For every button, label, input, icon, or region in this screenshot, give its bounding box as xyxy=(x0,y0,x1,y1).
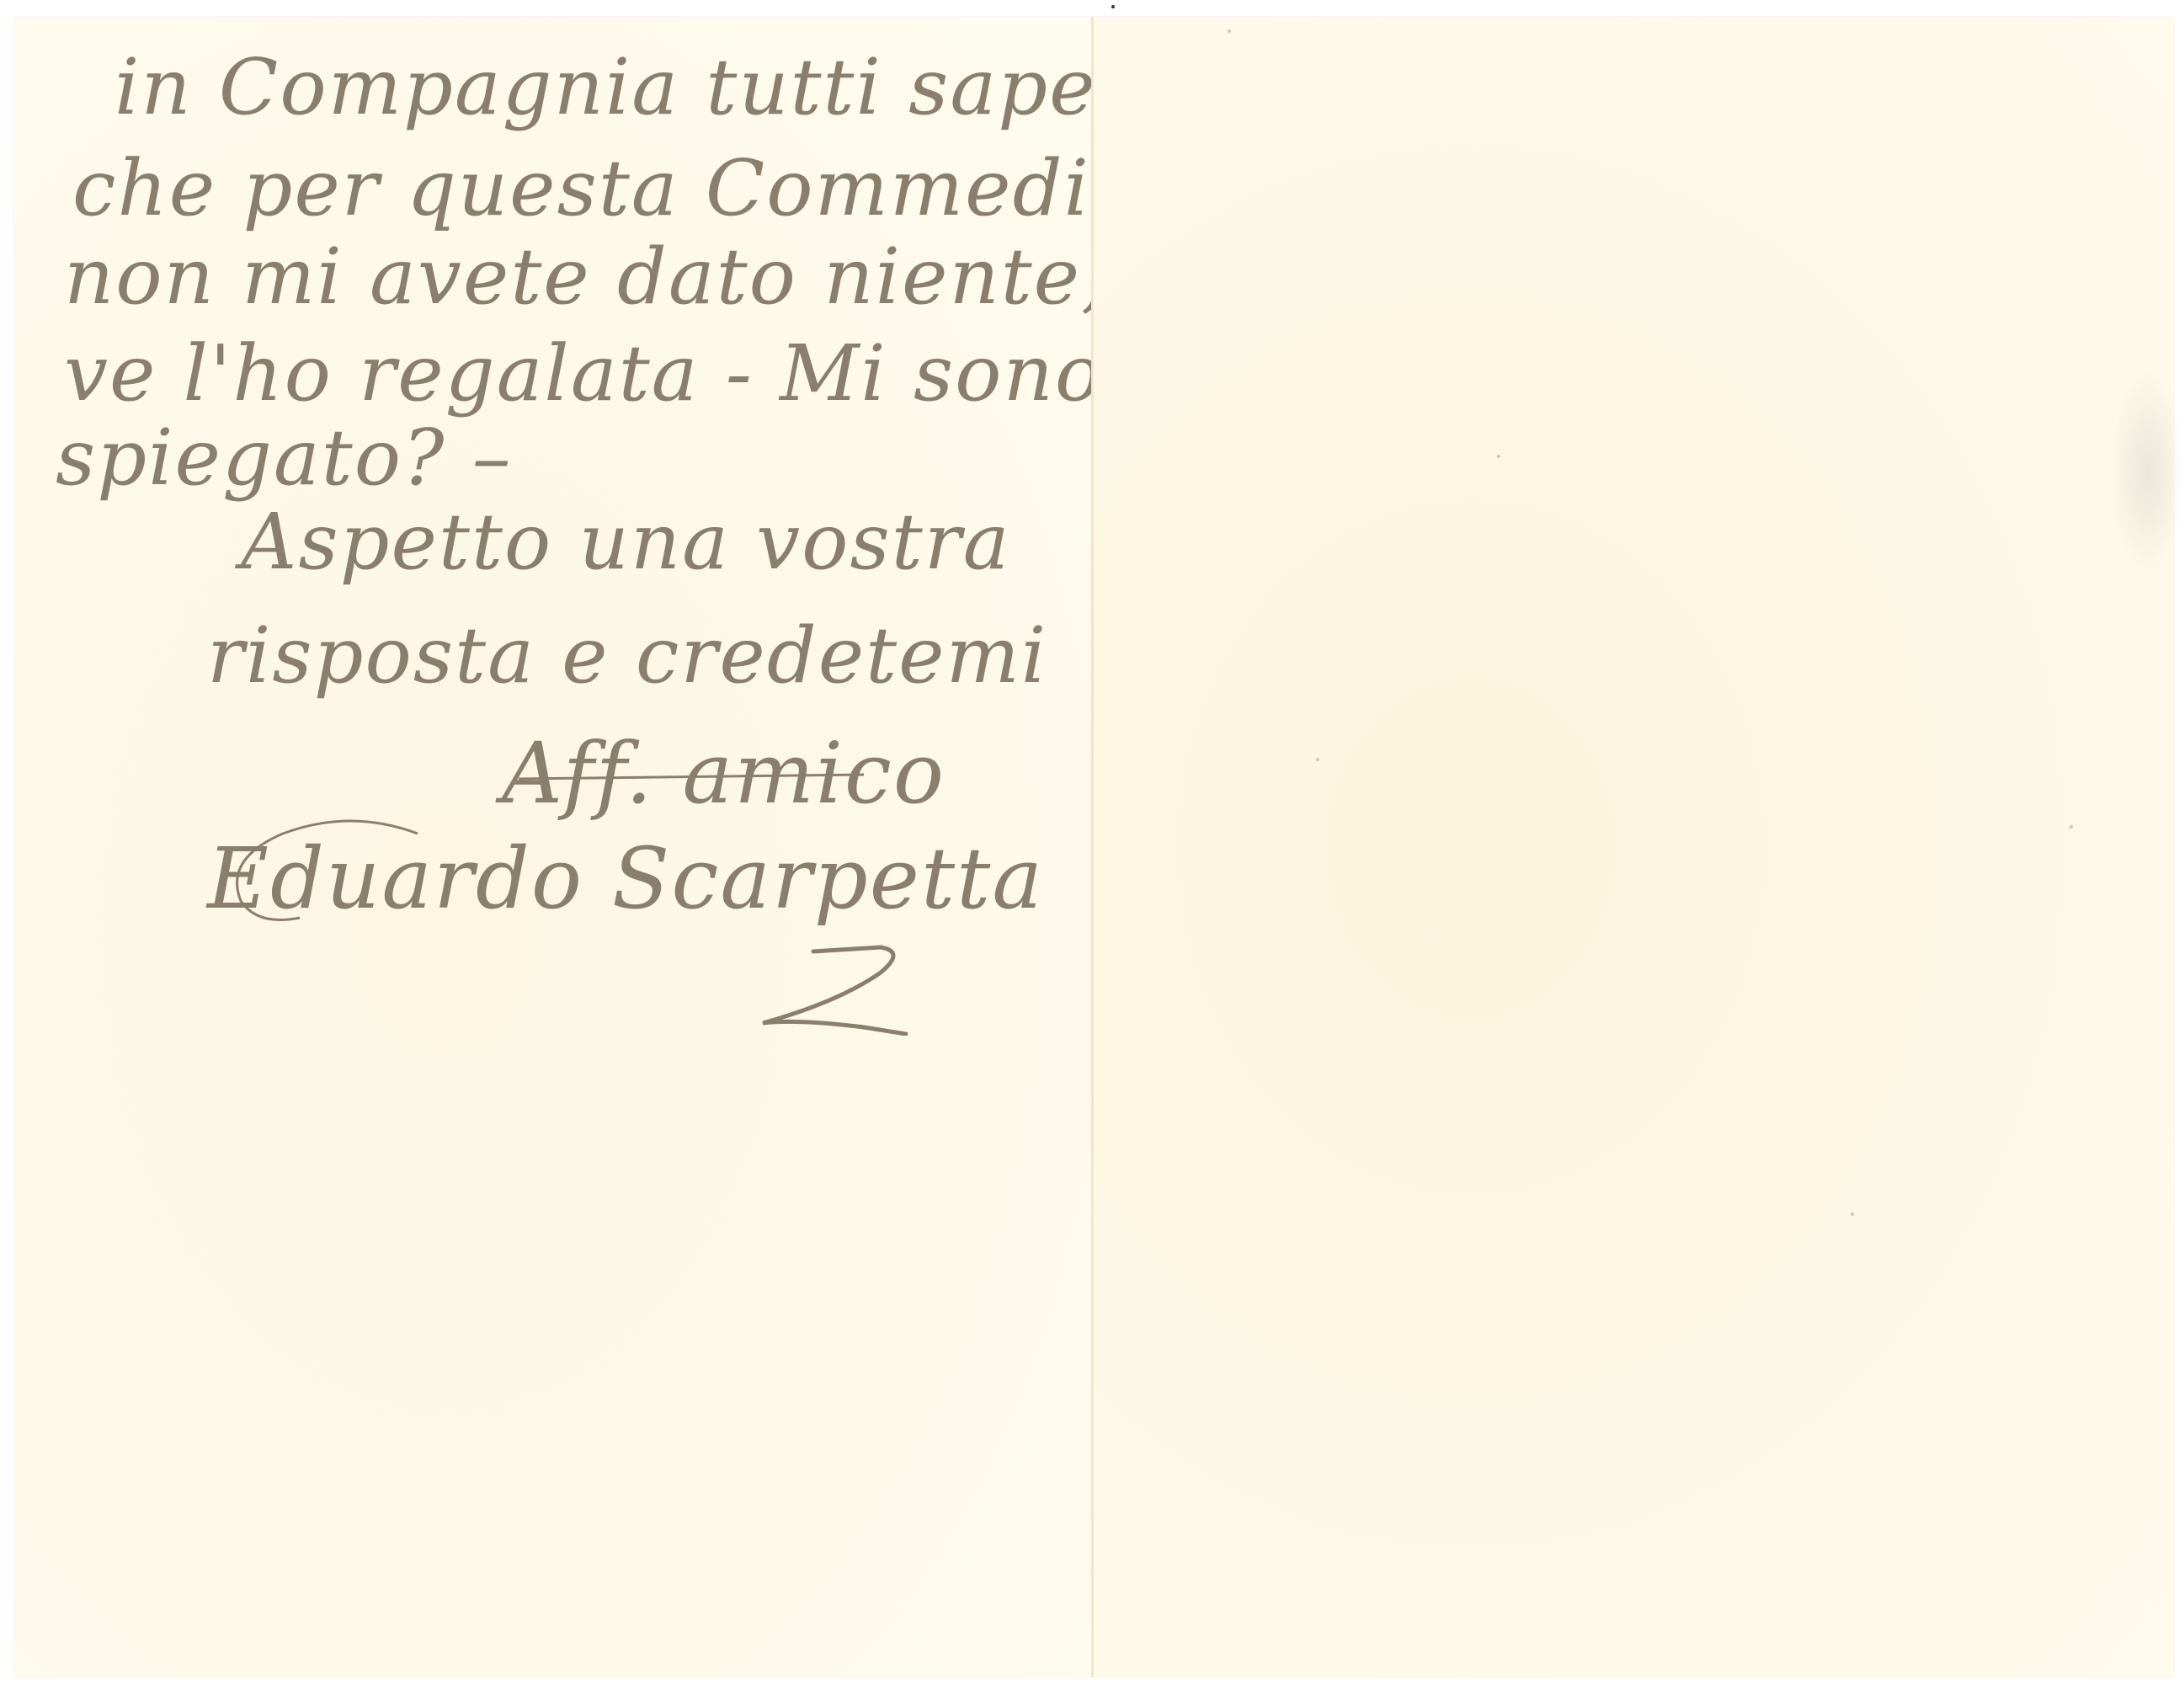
paper-speck xyxy=(1497,455,1500,458)
paper-stain xyxy=(2110,370,2184,573)
signature-swash-icon xyxy=(207,800,426,935)
body-line-5: spiegato? – xyxy=(56,413,513,503)
valediction-strike-icon xyxy=(519,758,872,791)
signature-flourish-icon xyxy=(712,943,999,1036)
closing-line-2: risposta e credetemi xyxy=(207,610,1047,701)
right-page xyxy=(1093,17,2174,1677)
closing-line-1: Aspetto una vostra xyxy=(241,497,1011,587)
paper-speck xyxy=(1228,29,1231,33)
paper-speck xyxy=(2069,825,2073,829)
left-page: in Compagnia tutti sapessero che per que… xyxy=(13,17,1093,1677)
letter-sheet: in Compagnia tutti sapessero che per que… xyxy=(13,17,2174,1677)
page-fold-crease xyxy=(1091,17,1094,1677)
body-line-4: ve l'ho regalata - Mi sono xyxy=(64,328,1103,418)
paper-speck xyxy=(1851,1212,1854,1216)
paper-speck xyxy=(1316,758,1319,761)
stray-ink-dot xyxy=(1111,5,1115,8)
